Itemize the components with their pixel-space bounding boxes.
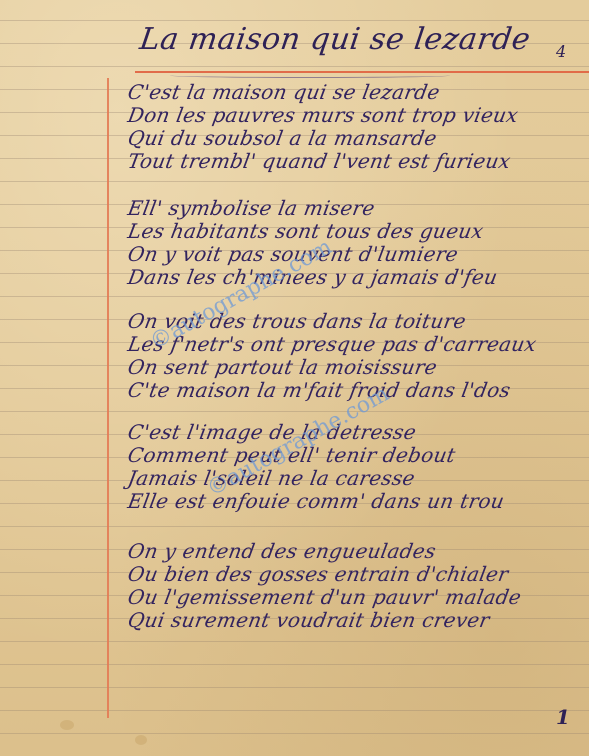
verse-line: Jamais l'soleil ne la caresse xyxy=(126,467,506,490)
verse-line: Elle est enfouie comm' dans un trou xyxy=(126,490,506,513)
paper-stain xyxy=(60,720,74,730)
page-mark-top: 4 xyxy=(556,42,566,61)
stanza: C'est la maison qui se lezarde Don les p… xyxy=(126,81,516,173)
verse-line: Ou l'gemissement d'un pauvr' malade xyxy=(126,586,523,609)
verse-line: On y entend des engueulades xyxy=(126,540,523,563)
verse-line: C'est la maison qui se lezarde xyxy=(126,81,520,104)
page-number: 1 xyxy=(556,705,570,729)
verse-line: Don les pauvres murs sont trop vieux xyxy=(126,104,520,127)
verse-line: Comment peut ell' tenir debout xyxy=(126,444,506,467)
verse-line: Qui surement voudrait bien crever xyxy=(126,609,523,632)
verse-line: Qui du soubsol a la mansarde xyxy=(126,127,520,150)
margin-line xyxy=(107,78,109,718)
stanza: On y entend des engueulades Ou bien des … xyxy=(126,540,519,632)
verse-line: Ell' symbolise la misere xyxy=(126,197,499,220)
verse-line: Ou bien des gosses entrain d'chialer xyxy=(126,563,523,586)
verse-line: C'te maison la m'fait froid dans l'dos xyxy=(126,379,538,402)
verse-line: Dans les ch'minees y a jamais d'feu xyxy=(126,266,499,289)
page-title: La maison qui se lezarde xyxy=(138,22,533,57)
verse-line: Tout trembl' quand l'vent est furieux xyxy=(126,150,520,173)
paper-stain xyxy=(135,735,147,745)
title-flourish xyxy=(170,73,450,78)
manuscript-page: La maison qui se lezarde 4 1 C'est la ma… xyxy=(0,0,589,756)
verse-line: On sent partout la moisissure xyxy=(126,356,538,379)
